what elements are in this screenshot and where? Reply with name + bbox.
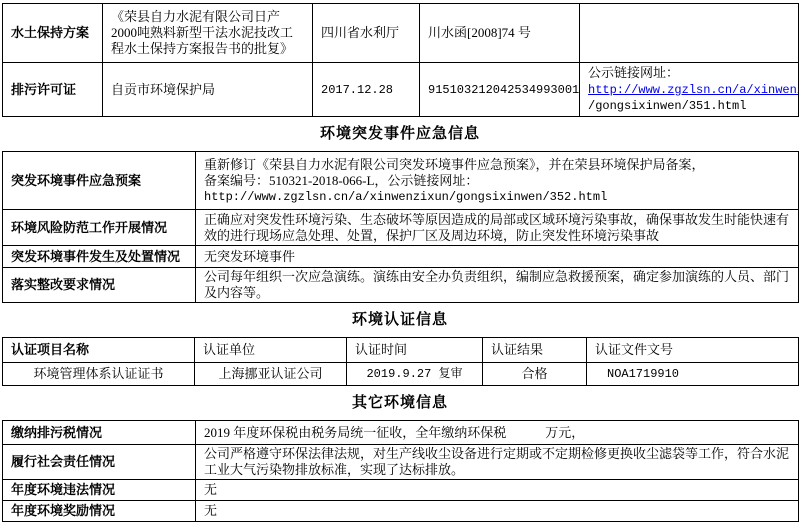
table-row: 突发环境事件应急预案 重新修订《荣县自力水泥有限公司突发环境事件应急预案》，并在… — [3, 152, 799, 210]
publicity-link-label: 公示链接网址： — [588, 65, 790, 81]
issuing-authority-cell: 自贡市环境保护局 — [103, 63, 313, 117]
cert-doc-number-cell: NOA1719910 — [587, 363, 799, 386]
publicity-link-cell — [580, 4, 799, 63]
row-value: 无 — [196, 501, 799, 522]
permits-table: 水土保持方案 《荣县自力水泥有限公司日产 2000吨熟料新型干法水泥技改工程水土… — [2, 3, 799, 117]
row-label: 排污许可证 — [3, 63, 103, 117]
section-title-certification: 环境认证信息 — [2, 310, 798, 330]
row-value: 2019 年度环保税由税务局统一征收，全年缴纳环保税 万元， — [196, 421, 799, 445]
certification-table: 认证项目名称 认证单位 认证时间 认证结果 认证文件文号 环境管理体系认证证书 … — [2, 337, 799, 386]
table-row: 年度环境违法情况 无 — [3, 480, 799, 501]
row-value: 正确应对突发性环境污染、生态破坏等原因造成的局部或区域环境污染事故，确保事故发生… — [196, 210, 799, 246]
column-header: 认证时间 — [347, 338, 483, 363]
row-value: 无突发环境事件 — [196, 246, 799, 268]
cert-result-cell: 合格 — [483, 363, 587, 386]
cert-name-cell: 环境管理体系认证证书 — [3, 363, 195, 386]
row-value: 重新修订《荣县自力水泥有限公司突发环境事件应急预案》，并在荣县环境保护局备案， … — [196, 152, 799, 210]
credit-code-cell: 915103212042534993001P — [420, 63, 580, 117]
document-number-cell: 川水函[2008]74 号 — [420, 4, 580, 63]
table-row: 环境管理体系认证证书 上海挪亚认证公司 2019.9.27 复审 合格 NOA1… — [3, 363, 799, 386]
row-label: 落实整改要求情况 — [3, 268, 196, 303]
table-row: 履行社会责任情况 公司严格遵守环保法律法规，对生产线收尘设备进行定期或不定期检修… — [3, 445, 799, 480]
issue-date-cell: 2017.12.28 — [313, 63, 420, 117]
publicity-url-tail: /gongsixinwen/351.html — [588, 98, 790, 114]
document-page: 水土保持方案 《荣县自力水泥有限公司日产 2000吨熟料新型干法水泥技改工程水土… — [0, 0, 800, 526]
plan-url-line: http://www.zgzlsn.cn/a/xinwenzixun/gongs… — [204, 189, 790, 205]
table-row: 年度环境奖励情况 无 — [3, 501, 799, 522]
column-header: 认证文件文号 — [587, 338, 799, 363]
cert-org-cell: 上海挪亚认证公司 — [195, 363, 347, 386]
publicity-link-cell: 公示链接网址： http://www.zgzlsn.cn/a/xinwenzix… — [580, 63, 799, 117]
approval-document-cell: 《荣县自力水泥有限公司日产 2000吨熟料新型干法水泥技改工程水土保持方案报告书… — [103, 4, 313, 63]
row-value: 公司每年组织一次应急演练。演练由安全办负责组织，编制应急救援预案，确定参加演练的… — [196, 268, 799, 303]
authority-cell: 四川省水利厅 — [313, 4, 420, 63]
row-value: 无 — [196, 480, 799, 501]
filing-number-line: 备案编号：510321-2018-066-L，公示链接网址： — [204, 173, 790, 189]
column-header: 认证项目名称 — [3, 338, 195, 363]
other-info-table: 缴纳排污税情况 2019 年度环保税由税务局统一征收，全年缴纳环保税 万元， 履… — [2, 420, 799, 522]
row-label: 年度环境违法情况 — [3, 480, 196, 501]
row-label: 年度环境奖励情况 — [3, 501, 196, 522]
plan-revision-line: 重新修订《荣县自力水泥有限公司突发环境事件应急预案》，并在荣县环境保护局备案， — [204, 157, 790, 173]
section-title-other: 其它环境信息 — [2, 393, 798, 413]
table-row: 缴纳排污税情况 2019 年度环保税由税务局统一征收，全年缴纳环保税 万元， — [3, 421, 799, 445]
row-label: 突发环境事件应急预案 — [3, 152, 196, 210]
table-row: 落实整改要求情况 公司每年组织一次应急演练。演练由安全办负责组织，编制应急救援预… — [3, 268, 799, 303]
row-value: 公司严格遵守环保法律法规，对生产线收尘设备进行定期或不定期检修更换收尘滤袋等工作… — [196, 445, 799, 480]
table-row: 水土保持方案 《荣县自力水泥有限公司日产 2000吨熟料新型干法水泥技改工程水土… — [3, 4, 799, 63]
publicity-url-link[interactable]: http://www.zgzlsn.cn/a/xinwenzixun — [588, 83, 799, 97]
cert-date-cell: 2019.9.27 复审 — [347, 363, 483, 386]
row-label: 环境风险防范工作开展情况 — [3, 210, 196, 246]
row-label: 缴纳排污税情况 — [3, 421, 196, 445]
column-header: 认证单位 — [195, 338, 347, 363]
row-label: 水土保持方案 — [3, 4, 103, 63]
table-row: 突发环境事件发生及处置情况 无突发环境事件 — [3, 246, 799, 268]
table-row: 排污许可证 自贡市环境保护局 2017.12.28 91510321204253… — [3, 63, 799, 117]
section-title-emergency: 环境突发事件应急信息 — [2, 124, 798, 144]
table-row: 环境风险防范工作开展情况 正确应对突发性环境污染、生态破坏等原因造成的局部或区域… — [3, 210, 799, 246]
row-label: 突发环境事件发生及处置情况 — [3, 246, 196, 268]
table-header-row: 认证项目名称 认证单位 认证时间 认证结果 认证文件文号 — [3, 338, 799, 363]
row-label: 履行社会责任情况 — [3, 445, 196, 480]
column-header: 认证结果 — [483, 338, 587, 363]
emergency-table: 突发环境事件应急预案 重新修订《荣县自力水泥有限公司突发环境事件应急预案》，并在… — [2, 151, 799, 303]
